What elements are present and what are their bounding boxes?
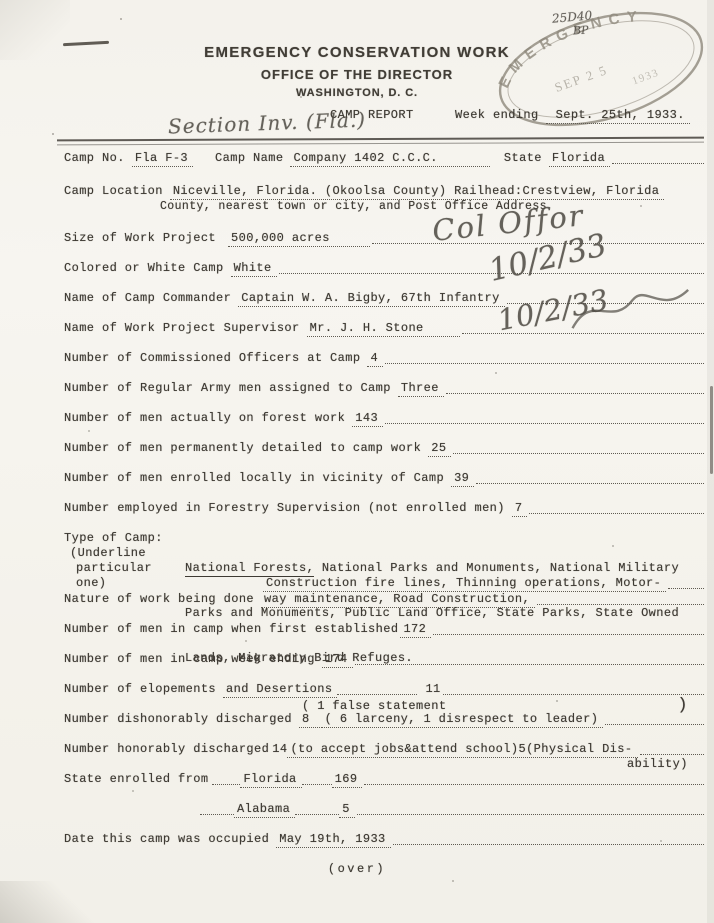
scan-streak-right	[710, 386, 714, 474]
field-value: 143	[352, 411, 383, 427]
field-label: Number dishonorably discharged	[64, 712, 292, 726]
field-label: Date this camp was occupied	[64, 832, 269, 846]
dotted-rule	[200, 802, 234, 815]
emergency-date-stamp-icon: EMERGENCY SEP 2 5 1933	[479, 0, 714, 153]
scan-specks	[0, 0, 2, 2]
field-label: Camp No.	[64, 151, 125, 165]
week-ending-row: Week ending Sept. 25th, 1933.	[455, 108, 704, 124]
field-value: White	[231, 261, 277, 277]
dotted-rule	[433, 622, 704, 635]
stamp-year-text: 1933	[630, 67, 660, 88]
field-label: Number employed in Forestry Supervision …	[64, 501, 505, 515]
field-label: Colored or White Camp	[64, 261, 224, 275]
dotted-rule	[476, 471, 704, 484]
type-of-camp-option-text: National Parks and Monuments, National M…	[314, 561, 679, 575]
field-value: 14	[272, 742, 287, 756]
field-camp-no: Camp No. Fla F-3 Camp Name Company 1402 …	[64, 151, 704, 167]
dotted-rule	[385, 351, 704, 364]
field-elopements: Number of elopements and Desertions 11	[64, 682, 704, 698]
field-label: Camp Name	[215, 151, 283, 165]
type-of-camp-options: National Forests, National Parks and Mon…	[185, 531, 690, 696]
dotted-rule	[529, 501, 704, 514]
field-detail: ( 6 larceny, 1 disrespect to leader)	[322, 712, 604, 728]
dotted-rule	[453, 441, 704, 454]
field-value: Captain W. A. Bigby, 67th Infantry	[238, 291, 504, 307]
dotted-rule	[446, 381, 704, 394]
field-men-week-ending: Number of men in camp week ending 174	[64, 652, 704, 668]
dotted-rule	[640, 742, 705, 755]
field-label: State	[504, 151, 542, 165]
page-footer-over: (over)	[0, 862, 714, 876]
field-camp-location: Camp Location Niceville, Florida. (Okool…	[64, 184, 704, 200]
stamp-date-text: SEP 2 5	[553, 62, 610, 95]
handwritten-routing-note: Section Inv. (Fla.)	[168, 108, 367, 139]
dotted-rule	[385, 411, 704, 424]
dotted-rule	[537, 592, 704, 605]
field-honorably-discharged: Number honorably discharged 14 (to accep…	[64, 742, 704, 758]
field-label: Name of Camp Commander	[64, 291, 231, 305]
field-regular-army-men: Number of Regular Army men assigned to C…	[64, 381, 704, 397]
field-value: Three	[398, 381, 444, 397]
field-value: Mr. J. H. Stone	[307, 321, 460, 337]
field-label: Number of Commissioned Officers at Camp	[64, 351, 360, 365]
field-label: Number of elopements	[64, 682, 216, 696]
scan-shading-bottom-left	[0, 881, 95, 923]
field-value: 7	[512, 501, 528, 517]
field-label: Number of men actually on forest work	[64, 411, 345, 425]
field-label: Name of Work Project Supervisor	[64, 321, 300, 335]
field-value: Company 1402 C.C.C.	[290, 151, 489, 167]
field-value: May 19th, 1933	[276, 832, 390, 848]
note-text: ( 1 false statement	[302, 699, 446, 713]
field-state-enrolled-2: Alabama 5	[200, 802, 704, 818]
dotted-rule	[612, 151, 704, 164]
field-detail: (to accept jobs&attend school)5(Physical…	[287, 742, 637, 758]
field-label: Number of men permanently detailed to ca…	[64, 441, 421, 455]
field-label: Size of Work Project	[64, 231, 216, 245]
field-nature-of-work-line1: Construction fire lines, Thinning operat…	[263, 576, 704, 592]
field-value: 8	[299, 712, 322, 728]
field-value: way maintenance, Road Construction,	[261, 592, 535, 608]
field-state-enrolled-1: State enrolled from Florida 169	[64, 772, 704, 788]
field-value: 172	[400, 622, 431, 638]
dotted-rule	[668, 576, 704, 589]
field-value: 174	[322, 652, 353, 668]
field-value: 25	[428, 441, 451, 457]
field-value: Florida	[240, 772, 301, 788]
document-page: EMERGENCY CONSERVATION WORK OFFICE OF TH…	[0, 0, 714, 923]
field-date-occupied: Date this camp was occupied May 19th, 19…	[64, 832, 704, 848]
dotted-rule	[337, 682, 417, 695]
field-work-project-supervisor: Name of Work Project Supervisor Mr. J. H…	[64, 321, 704, 337]
dotted-rule	[364, 772, 704, 785]
field-men-on-forest-work: Number of men actually on forest work 14…	[64, 411, 704, 427]
field-commissioned-officers: Number of Commissioned Officers at Camp …	[64, 351, 704, 367]
type-of-camp-option-text: Parks and Monuments, Public Land Office,…	[185, 606, 690, 621]
field-detail-continuation: ability)	[627, 757, 688, 771]
dotted-rule	[357, 802, 704, 815]
dotted-rule	[393, 832, 704, 845]
field-inserted-text: and Desertions	[223, 682, 337, 698]
field-forestry-supervision: Number employed in Forestry Supervision …	[64, 501, 704, 517]
field-value: Florida	[549, 151, 610, 167]
field-label: Number of men in camp week ending	[64, 652, 315, 666]
dotted-rule	[605, 712, 704, 725]
field-label: State enrolled from	[64, 772, 208, 786]
week-ending-value: Sept. 25th, 1933.	[546, 108, 690, 124]
field-count: 5	[339, 802, 355, 818]
field-value: 4	[367, 351, 383, 367]
field-size-of-work-project: Size of Work Project 500,000 acres	[64, 231, 704, 247]
field-men-enrolled-locally: Number of men enrolled locally in vicini…	[64, 471, 704, 487]
week-ending-label: Week ending	[455, 108, 539, 122]
field-value: 39	[451, 471, 474, 487]
field-men-camp-work: Number of men permanently detailed to ca…	[64, 441, 704, 457]
dotted-rule	[212, 772, 240, 785]
dotted-rule	[355, 652, 704, 665]
type-of-camp-selected-option: National Forests,	[185, 561, 314, 577]
type-of-camp-label: Type of Camp:	[64, 531, 163, 545]
field-label: Camp Location	[64, 184, 163, 198]
field-label: Number of Regular Army men assigned to C…	[64, 381, 391, 395]
field-men-first-established: Number of men in camp when first establi…	[64, 622, 704, 638]
dotted-rule	[302, 772, 332, 785]
field-value: Construction fire lines, Thinning operat…	[263, 576, 666, 592]
type-of-camp-label: (Underline	[70, 546, 146, 560]
field-nature-of-work: Nature of work being done way maintenanc…	[64, 592, 704, 608]
field-value: Niceville, Florida. (Okoolsa County) Rai…	[170, 184, 664, 200]
field-value: Fla F-3	[132, 151, 193, 167]
field-value: Alabama	[234, 802, 295, 818]
field-count: 169	[332, 772, 363, 788]
field-value: 11	[425, 682, 440, 696]
type-of-camp-label: one)	[76, 576, 106, 590]
handwritten-corner-initials: BP	[573, 23, 589, 37]
dotted-rule	[443, 682, 704, 695]
field-label: Number of men in camp when first establi…	[64, 622, 398, 636]
dotted-rule	[295, 802, 339, 815]
type-of-camp-label: particular	[76, 561, 152, 575]
field-value: 500,000 acres	[228, 231, 370, 247]
field-label: Number honorably discharged	[64, 742, 269, 756]
dotted-rule	[462, 321, 704, 334]
field-label: Number of men enrolled locally in vicini…	[64, 471, 444, 485]
field-label: Nature of work being done	[64, 592, 254, 606]
pen-rule-line	[57, 137, 704, 146]
field-dishonorably-discharged: Number dishonorably discharged 8 ( 6 lar…	[64, 712, 704, 728]
